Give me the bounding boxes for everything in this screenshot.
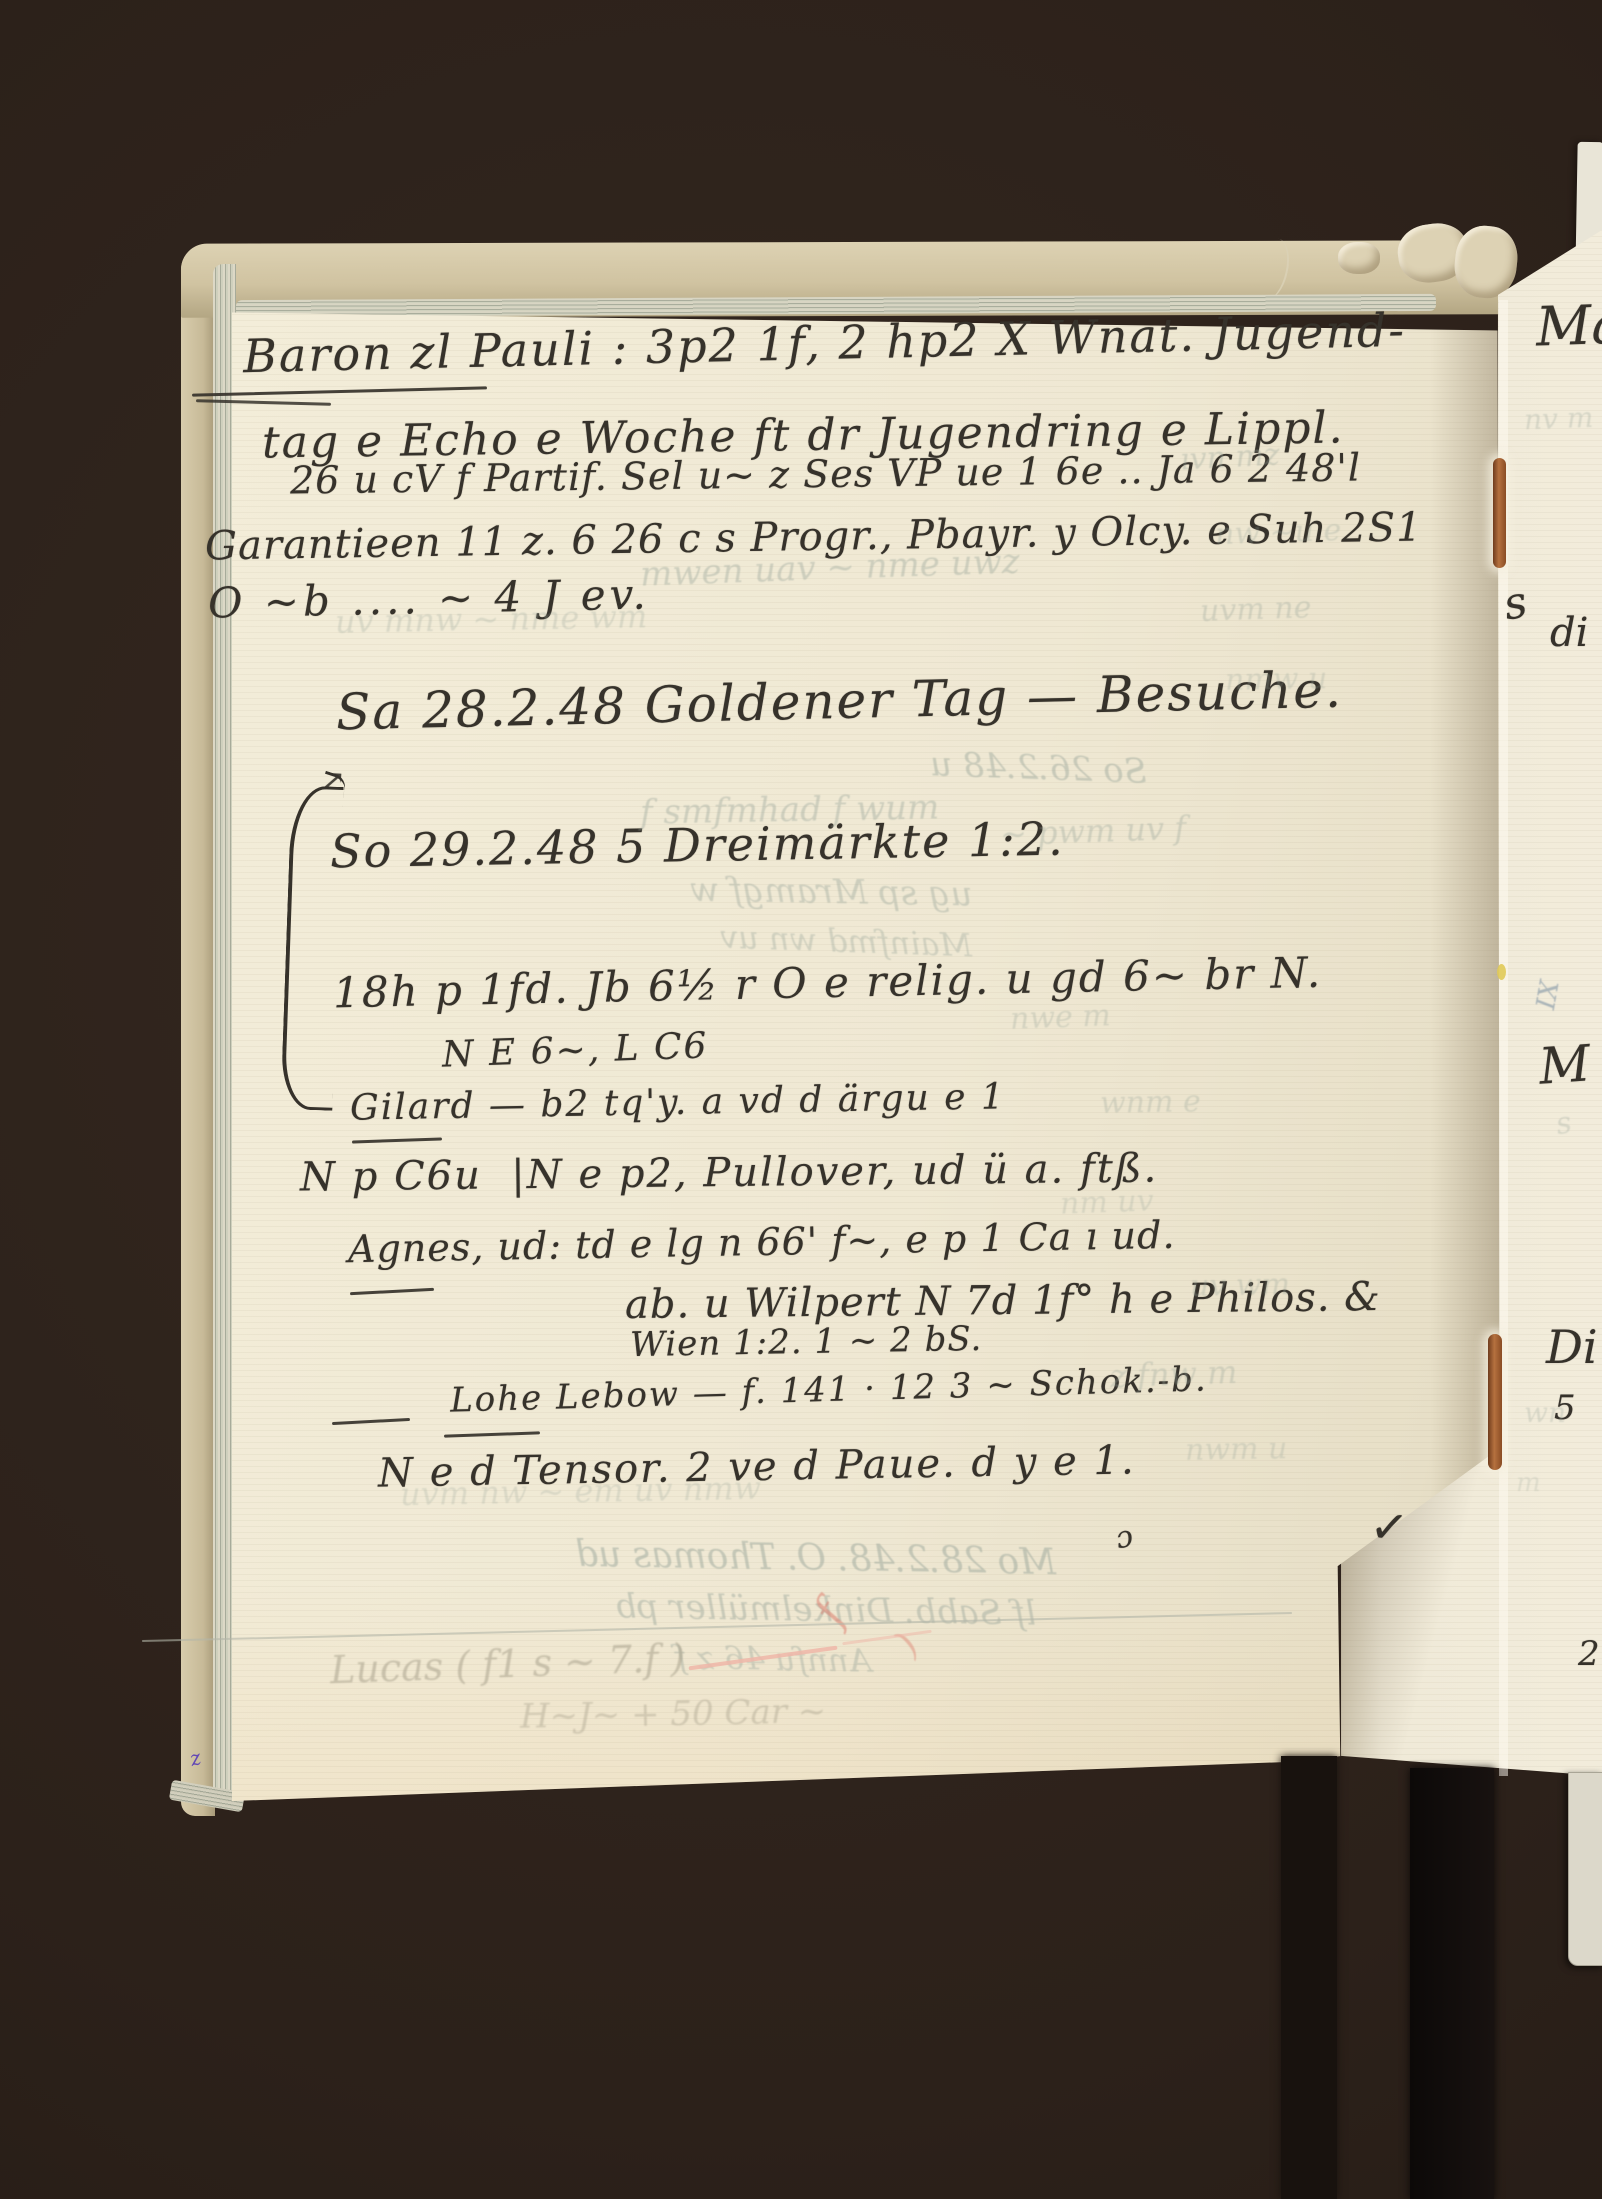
black-strap bbox=[1410, 1768, 1494, 2199]
right-page-bleedthrough: nv m bbox=[1523, 401, 1593, 436]
right-page-handwriting-fragment: di bbox=[1550, 610, 1588, 656]
bleedthrough-line: ~ pwm uv f bbox=[999, 809, 1186, 853]
right-page-handwriting-fragment: M bbox=[1537, 1034, 1592, 1095]
right-page-handwriting-fragment: Di bbox=[1546, 1320, 1598, 1374]
cover-left-edge bbox=[181, 244, 215, 1816]
brass-binding-post bbox=[1493, 458, 1506, 568]
right-page-bleedthrough: m bbox=[1516, 1468, 1541, 1498]
bleedthrough-line: nw ~u e bbox=[1214, 513, 1341, 552]
handwriting-line: N p C6u |N e p2, Pullover, ud ü a. ftß. bbox=[300, 1146, 1159, 1201]
mirrored-bleedthrough-line: Mo 28.2.48. O. Thomas ud bbox=[575, 1534, 1057, 1583]
bleedthrough-line: uv wm bbox=[1190, 1267, 1291, 1304]
bleedthrough-line: nmw u bbox=[1225, 661, 1328, 698]
bleedthrough-line: f smfmhad f wum bbox=[640, 787, 940, 832]
mirrored-bleedthrough-line: So 26.2.48 u bbox=[929, 744, 1147, 792]
bleedthrough-line: wnm e bbox=[1100, 1084, 1201, 1121]
bleedthrough-line: uv mnw ~ nme wm bbox=[335, 597, 648, 640]
faint-line: H~J~ + 50 Car ~ bbox=[520, 1691, 827, 1736]
bleedthrough-line: nwm u bbox=[1185, 1431, 1288, 1468]
right-page-handwriting-fragment: 2 bbox=[1578, 1634, 1600, 1674]
cover-crumple bbox=[1338, 242, 1380, 274]
right-page-bleedthrough: wn bbox=[1524, 1396, 1566, 1429]
blue-pencil-mark: IX bbox=[1531, 978, 1566, 1012]
mirrored-bleedthrough-line: ug sp Mramgf w bbox=[690, 870, 973, 915]
yellow-speck bbox=[1497, 964, 1506, 980]
dark-spine-shadow bbox=[1281, 1756, 1337, 2199]
bleedthrough-line: z fnw m bbox=[1109, 1353, 1238, 1395]
bleedthrough-line: nm uv bbox=[1059, 1183, 1154, 1221]
scanned-notebook-photo: Baron zl Pauli : 3p2 1f, 2 hp2 X Wnat. J… bbox=[0, 0, 1602, 2199]
bleedthrough-line: uvm nw ~ em uv nmw bbox=[400, 1469, 762, 1513]
right-page-handwriting-fragment: Ma bbox=[1535, 292, 1602, 358]
bleedthrough-line: uvm ne bbox=[1199, 590, 1311, 629]
bleedthrough-line: ıvn mz bbox=[1179, 437, 1280, 477]
right-page-checkmark: ✓ bbox=[1367, 1498, 1411, 1556]
brass-binding-post bbox=[1488, 1334, 1502, 1470]
bleedthrough-line: nwe m bbox=[1009, 998, 1111, 1036]
handwriting-line: Wien 1:2. 1 ~ 2 bS. bbox=[630, 1319, 983, 1365]
white-card-corner bbox=[1568, 1772, 1602, 1966]
